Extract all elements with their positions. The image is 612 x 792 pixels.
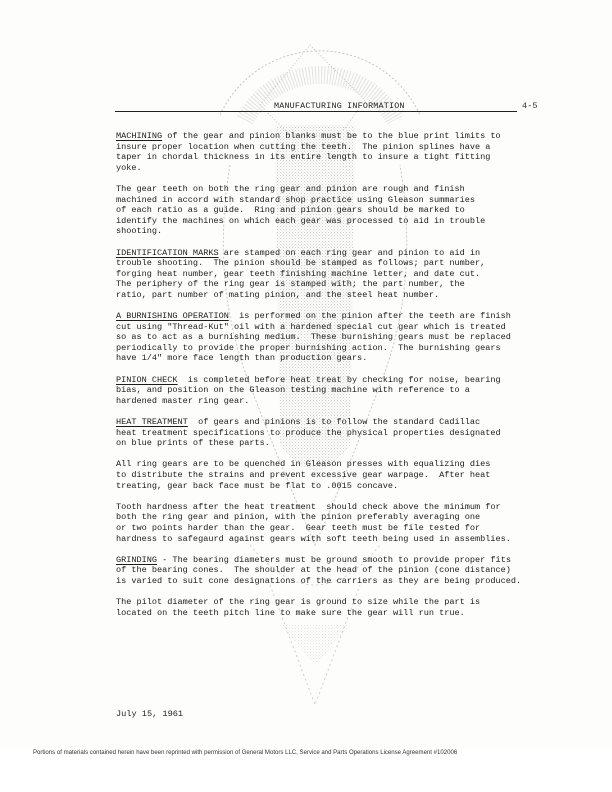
text-line: heat treatment specifications to produce… bbox=[116, 428, 501, 438]
document-date: July 15, 1961 bbox=[116, 709, 183, 719]
paragraph: GRINDING - The bearing diameters must be… bbox=[116, 555, 556, 587]
text-line: The gear teeth on both the ring gear and… bbox=[116, 184, 465, 194]
paragraph: PINION CHECK is completed before heat tr… bbox=[116, 375, 556, 407]
text-line: periodically to provide the proper burni… bbox=[116, 343, 501, 353]
text-line: identify the machines on which each gear… bbox=[116, 216, 485, 226]
text-line: located on the teeth pitch line to make … bbox=[116, 608, 465, 618]
text-line: treating, gear back face must be flat to… bbox=[116, 481, 398, 491]
text-line: Tooth hardness after the heat treatment … bbox=[116, 502, 501, 512]
text-line: All ring gears are to be quenched in Gle… bbox=[116, 459, 490, 469]
text-line: hardened master ring gear. bbox=[116, 396, 249, 406]
text-line: to distribute the strains and prevent ex… bbox=[116, 470, 490, 480]
paragraph: HEAT TREATMENT of gears and pinions is t… bbox=[116, 417, 556, 449]
text-line: taper in chordal thickness in its entire… bbox=[116, 152, 490, 162]
paragraph-heading: PINION CHECK bbox=[116, 375, 178, 385]
paragraph: Tooth hardness after the heat treatment … bbox=[116, 502, 556, 544]
paragraph: The pilot diameter of the ring gear is g… bbox=[116, 597, 556, 618]
text-line: - The bearing diameters must be ground s… bbox=[157, 555, 511, 565]
section-title: MANUFACTURING INFORMATION bbox=[274, 101, 405, 111]
paragraph: IDENTIFICATION MARKS are stamped on each… bbox=[116, 248, 556, 301]
text-line: machined in accord with standard shop pr… bbox=[116, 195, 475, 205]
text-line: on blue prints of these parts. bbox=[116, 438, 270, 448]
text-line: is completed before heat treat by checki… bbox=[178, 375, 501, 385]
text-line: bias, and position on the Gleason testin… bbox=[116, 385, 470, 395]
text-line: The pilot diameter of the ring gear is g… bbox=[116, 597, 480, 607]
paragraph-heading: MACHINING bbox=[116, 131, 162, 141]
text-line: cut using "Thread-Kut" oil with a harden… bbox=[116, 322, 506, 332]
text-line: is varied to suit cone designations of t… bbox=[116, 576, 521, 586]
document-body: MACHINING of the gear and pinion blanks … bbox=[116, 131, 556, 629]
paragraph-heading: GRINDING bbox=[116, 555, 157, 565]
header-rule bbox=[115, 111, 517, 112]
text-line: yoke. bbox=[116, 163, 142, 173]
text-line: hardness to safegaurd against gears with… bbox=[116, 534, 511, 544]
text-line: are stamped on each ring gear and pinion… bbox=[219, 248, 481, 258]
paragraph: MACHINING of the gear and pinion blanks … bbox=[116, 131, 556, 173]
text-line: of the gear and pinion blanks must be to… bbox=[162, 131, 501, 141]
text-line: have 1/4" more face length than producti… bbox=[116, 353, 367, 363]
page-number: 4-5 bbox=[522, 101, 537, 111]
text-line: shooting. bbox=[116, 226, 162, 236]
text-line: of the bearing cones. The shoulder at th… bbox=[116, 565, 511, 575]
text-line: The periphery of the ring gear is stampe… bbox=[116, 279, 465, 289]
paragraph-heading: IDENTIFICATION MARKS bbox=[116, 248, 219, 258]
paragraph-heading: HEAT TREATMENT bbox=[116, 417, 188, 427]
text-line: of each ratio as a guide. Ring and pinio… bbox=[116, 205, 465, 215]
license-footer: Portions of materials contained herein h… bbox=[0, 750, 612, 756]
text-line: of gears and pinions is to follow the st… bbox=[188, 417, 480, 427]
text-line: insure proper location when cutting the … bbox=[116, 142, 490, 152]
text-line: is performed on the pinion after the tee… bbox=[229, 311, 511, 321]
text-line: both the ring gear and pinion, with the … bbox=[116, 512, 480, 522]
text-line: ratio, part number of mating pinion, and… bbox=[116, 290, 439, 300]
paragraph: The gear teeth on both the ring gear and… bbox=[116, 184, 556, 237]
paragraph: All ring gears are to be quenched in Gle… bbox=[116, 459, 556, 491]
text-line: forging heat number, gear teeth finishin… bbox=[116, 269, 480, 279]
paragraph-heading: A BURNISHING OPERATION bbox=[116, 311, 229, 321]
text-line: so as to act as a burnishing medium. The… bbox=[116, 332, 511, 342]
paragraph: A BURNISHING OPERATION is performed on t… bbox=[116, 311, 556, 364]
text-line: or two points harder than the gear. Gear… bbox=[116, 523, 480, 533]
text-line: trouble shooting. The pinion should be s… bbox=[116, 258, 485, 268]
